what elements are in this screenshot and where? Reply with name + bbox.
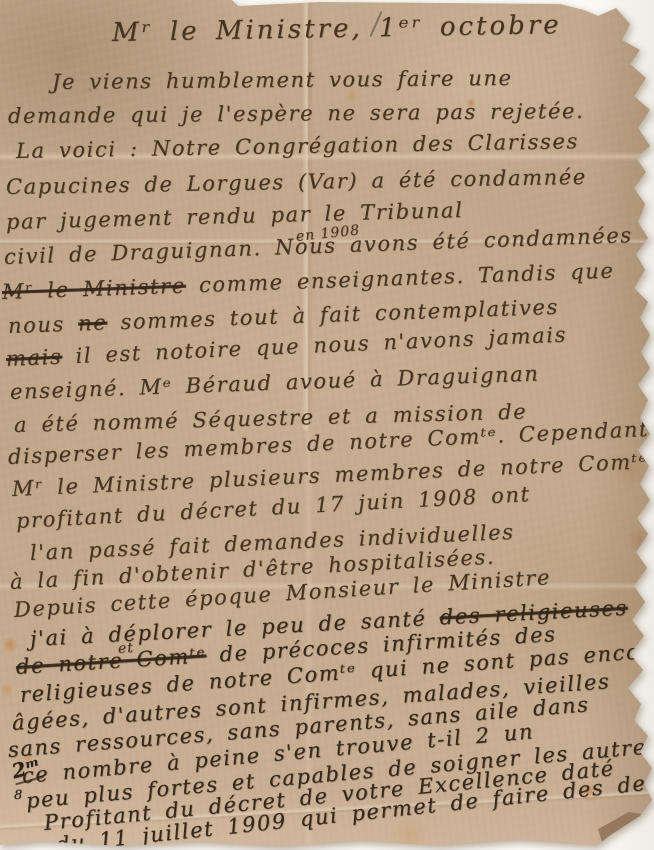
text-segment: Mʳ le Ministre, 1ᵉʳ octobre bbox=[112, 10, 562, 48]
letter-line: Je viens humblement vous faire une bbox=[52, 66, 513, 94]
struck-text: mais bbox=[5, 345, 62, 371]
letter-lines: Mʳ le Ministre, 1ᵉʳ octobreJe viens humb… bbox=[0, 0, 654, 850]
text-segment: Capucines de Lorgues (Var) a été condamn… bbox=[6, 165, 587, 199]
letter-heading-line: Mʳ le Ministre, 1ᵉʳ octobre bbox=[112, 10, 562, 48]
text-segment: demande qui je l'espère ne sera pas reje… bbox=[8, 99, 585, 128]
text-segment: nous bbox=[8, 312, 79, 338]
struck-text: ne bbox=[78, 311, 108, 336]
struck-text: Mʳ le Ministre bbox=[2, 274, 187, 304]
letter-line: par jugement rendu par le Tribunal bbox=[6, 198, 464, 234]
letter-line: Capucines de Lorgues (Var) a été condamn… bbox=[6, 165, 587, 199]
text-segment: par jugement rendu par le Tribunal bbox=[6, 198, 464, 234]
text-segment: comme enseignantes. Tandis que bbox=[185, 259, 614, 298]
letter-line: enseigné. Mᵉ Béraud avoué à Draguignan bbox=[10, 362, 540, 404]
letter-line: La voici : Notre Congrégation des Claris… bbox=[16, 129, 579, 163]
letter-line: demande qui je l'espère ne sera pas reje… bbox=[8, 99, 585, 128]
text-segment: La voici : Notre Congrégation des Claris… bbox=[16, 129, 579, 163]
margin-annotation: 8 bbox=[14, 788, 22, 803]
aged-paper: Mʳ le Ministre, 1ᵉʳ octobreJe viens humb… bbox=[0, 0, 654, 850]
text-segment: enseigné. Mᵉ Béraud avoué à Draguignan bbox=[10, 362, 540, 404]
text-segment: Je viens humblement vous faire une bbox=[52, 66, 513, 94]
interlinear-note-et: et bbox=[117, 640, 134, 657]
letter-page: Mʳ le Ministre, 1ᵉʳ octobreJe viens humb… bbox=[0, 0, 654, 850]
